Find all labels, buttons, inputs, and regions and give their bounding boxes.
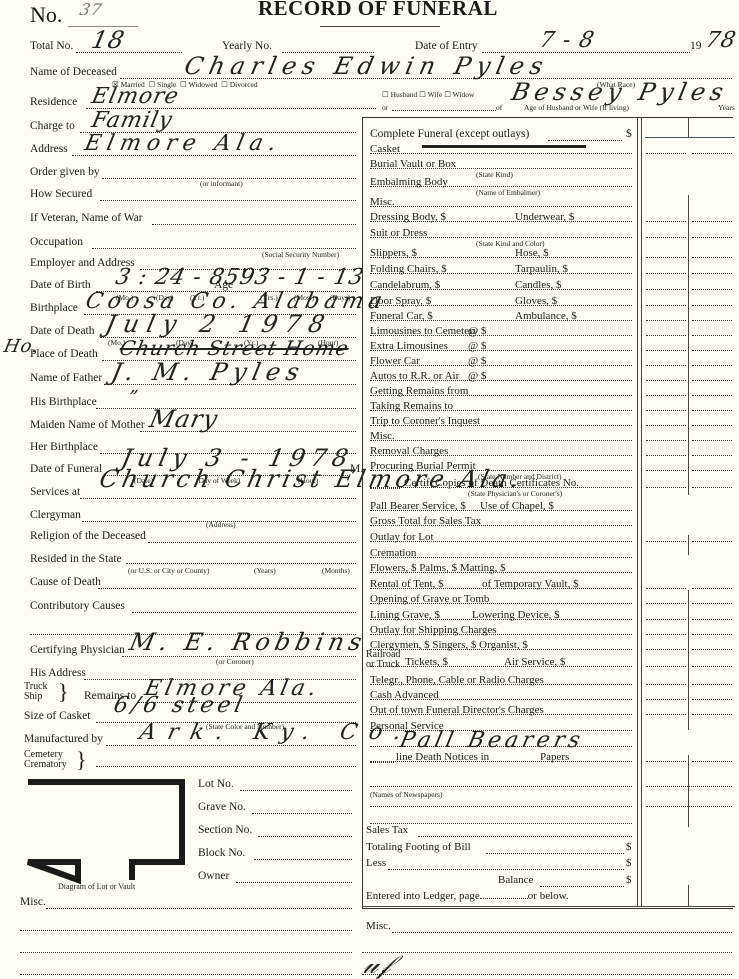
years-label: Years — [718, 103, 735, 112]
charge-item-secondary-label: Use of Chapel, $ — [480, 500, 554, 512]
charge-amount-dollars[interactable] — [646, 320, 686, 321]
charge-amount-cents[interactable] — [692, 380, 732, 381]
charge-item-secondary-label: Hose, $ — [515, 247, 549, 259]
charge-item-label: Certif. Copies of Death Certificates No. — [404, 477, 579, 489]
charge-item-secondary-label: Candles, $ — [515, 279, 561, 291]
charge-item-label: Procuring Burial Permit — [370, 460, 476, 472]
charge-item-label: Door Spray, $ — [370, 295, 431, 307]
charge-item-label: Slippers, $ — [370, 247, 417, 259]
charge-amount-cents[interactable] — [692, 410, 732, 411]
charge-item-label: Trip to Coroner's Inquest — [370, 415, 480, 427]
charge-amount-cents[interactable] — [692, 221, 732, 222]
charge-amount-dollars[interactable] — [646, 237, 686, 238]
section-no-label: Section No. — [198, 824, 252, 836]
right-misc-field[interactable] — [392, 932, 732, 933]
checkbox-wife[interactable]: ☐ — [419, 90, 427, 99]
contributory-causes-field[interactable] — [132, 612, 356, 613]
left-misc-field[interactable] — [46, 908, 352, 909]
charge-item-label: Gross Total for Sales Tax — [370, 515, 481, 527]
brace-icon: } — [58, 679, 69, 705]
charge-amount-dollars[interactable] — [646, 335, 686, 336]
mother-value: Mary — [147, 405, 221, 433]
checkbox-widow[interactable]: ☐ — [444, 90, 452, 99]
newspapers-line1[interactable] — [370, 786, 632, 787]
charge-amount-cents[interactable] — [692, 425, 732, 426]
services-at-label: Services at — [30, 486, 80, 498]
certifying-physician-value: M. E. Robbins — [127, 628, 369, 656]
certifying-physician-label: Certifying Physician — [30, 644, 125, 656]
charge-item-secondary-label: @ $ — [468, 325, 486, 337]
block-no-label: Block No. — [198, 847, 245, 859]
complete-funeral-dollar: $ — [626, 128, 632, 140]
cemetery-field[interactable] — [96, 766, 356, 767]
right-misc-label: Misc. — [366, 920, 391, 932]
charge-item-label: Opening of Grave or Tomb — [370, 593, 489, 605]
charge-item-label: Funeral Car, $ — [370, 310, 433, 322]
charge-item-note: (Name of Embalmer) — [476, 188, 540, 197]
charge-item-secondary-label: @ $ — [468, 340, 486, 352]
religion-label: Religion of the Deceased — [30, 530, 146, 542]
date-of-entry-label: Date of Entry — [415, 40, 478, 52]
charge-amount-cents[interactable] — [692, 684, 732, 685]
charge-amount-dollars[interactable] — [646, 714, 686, 715]
charge-amount-dollars[interactable] — [646, 761, 686, 762]
record-number-value: 37 — [78, 0, 104, 19]
veteran-field[interactable] — [152, 224, 356, 225]
occupation-label: Occupation — [30, 236, 83, 248]
charge-item-secondary-label: of Temporary Vault, $ — [482, 578, 579, 590]
total-no-value: 18 — [89, 26, 127, 54]
date-of-birth-label: Date of Birth — [30, 279, 91, 291]
charge-amount-dollars[interactable] — [646, 257, 686, 258]
charge-item-label: Burial Vault or Box — [370, 158, 456, 170]
charge-item-label: Autos to R.R. or Air — [370, 370, 459, 382]
clergyman-label: Clergyman — [30, 509, 81, 521]
charge-item-label: Telegr., Phone, Cable or Radio Charges — [370, 674, 544, 686]
newspapers-line2[interactable] — [370, 806, 632, 807]
charge-amount-dollars[interactable] — [646, 634, 686, 635]
left-misc-label: Misc. — [20, 896, 46, 908]
charge-amount-dollars[interactable] — [646, 699, 686, 700]
charge-amount-cents[interactable] — [692, 335, 732, 336]
charge-to-label: Charge to — [30, 120, 75, 132]
charge-to-value: Family — [89, 108, 175, 133]
spouse-options: ☐ Husband ☐ Wife ☐ Widow — [382, 90, 474, 99]
charge-amount-cents[interactable] — [692, 603, 732, 604]
how-secured-label: How Secured — [30, 188, 92, 200]
residence-value: Elmore — [89, 84, 181, 109]
his-address-label: His Address — [30, 667, 86, 679]
checkbox-husband[interactable]: ☐ — [382, 90, 391, 99]
lot-diagram-icon — [22, 776, 188, 886]
cause-of-death-label: Cause of Death — [30, 576, 101, 588]
checkbox-divorced[interactable]: ☐ — [221, 80, 230, 89]
owner-label: Owner — [198, 870, 229, 882]
newspapers-amount-1[interactable] — [646, 786, 732, 787]
charge-amount-cents[interactable] — [692, 714, 732, 715]
her-birthplace-label: Her Birthplace — [30, 441, 98, 453]
title-underline — [320, 26, 440, 27]
birthplace-label: Birthplace — [30, 302, 78, 314]
charge-item-label: Flower Car — [370, 355, 420, 367]
less-dollar: $ — [626, 857, 632, 869]
veteran-label: If Veteran, Name of War — [30, 212, 143, 224]
charge-amount-cents[interactable] — [692, 257, 732, 258]
charge-item-label: Tickets, $ — [405, 656, 448, 668]
block-no-field[interactable] — [254, 859, 352, 860]
charge-item-secondary-label: Underwear, $ — [515, 211, 574, 223]
charge-amount-cents[interactable] — [692, 470, 732, 471]
charges-box-bottom — [362, 906, 735, 907]
age-value: 93 - 1 - 13 — [237, 265, 366, 290]
page-title: RECORD OF FUNERAL — [258, 0, 498, 21]
cents-column-divider — [688, 590, 689, 730]
charge-amount-cents[interactable] — [692, 289, 732, 290]
age-spouse-label: Age of Husband or Wife (If living) — [524, 103, 629, 112]
charge-item-label: Taking Remains to — [370, 400, 453, 412]
year-prefix: 19 — [690, 40, 702, 52]
right-misc-line2[interactable] — [362, 952, 732, 953]
resided-location-note: (or U.S. or City or County) — [128, 566, 209, 575]
newspapers-amount-2[interactable] — [646, 806, 732, 807]
charge-item-label: Casket — [370, 143, 400, 155]
cents-column-divider-top — [688, 117, 689, 137]
name-of-deceased-value: Charles Edwin Pyles — [182, 52, 551, 80]
lot-no-label: Lot No. — [198, 778, 234, 790]
charge-item-label: Folding Chairs, $ — [370, 263, 447, 275]
personal-service-value: Pall Bearers — [397, 728, 586, 753]
charge-amount-dollars[interactable] — [646, 350, 686, 351]
charge-amount-cents[interactable] — [692, 440, 732, 441]
his-birthplace-field[interactable] — [96, 408, 356, 409]
or-label: or — [382, 103, 388, 112]
services-at-field[interactable] — [80, 498, 356, 499]
certif-copies-count-field[interactable] — [370, 488, 400, 489]
casket-size-label: Size of Casket — [24, 710, 90, 722]
charge-amount-dollars[interactable] — [646, 221, 686, 222]
lot-no-field[interactable] — [240, 790, 352, 791]
spouse-or-field[interactable] — [392, 110, 496, 111]
charge-amount-dollars[interactable] — [646, 395, 686, 396]
complete-funeral-label: Complete Funeral (except outlays) — [370, 128, 529, 140]
charge-amount-dollars[interactable] — [646, 440, 686, 441]
left-misc-line4[interactable] — [20, 974, 352, 975]
resided-years-note: (Years) — [254, 566, 276, 575]
charge-amount-cents[interactable] — [692, 634, 732, 635]
left-misc-line3[interactable] — [20, 952, 352, 953]
address-label: Address — [30, 143, 68, 155]
date-of-funeral-label: Date of Funeral — [30, 463, 102, 475]
charge-item-label: Limousines to Cemetery — [370, 325, 478, 337]
charge-amount-dollars[interactable] — [646, 666, 686, 667]
charge-amount-dollars[interactable] — [646, 588, 686, 589]
charge-amount-dollars[interactable] — [646, 455, 686, 456]
his-birthplace-label: His Birthplace — [30, 396, 97, 408]
owner-field[interactable] — [236, 882, 352, 883]
section-no-field[interactable] — [258, 836, 352, 837]
charge-item-label: Flowers, $ Palms, $ Matting, $ — [370, 562, 506, 574]
spouse-value: Bessey Pyles — [509, 78, 731, 106]
name-of-deceased-label: Name of Deceased — [30, 66, 117, 78]
totaling-footing-label: Totaling Footing of Bill — [366, 841, 471, 853]
balance-field[interactable] — [540, 886, 624, 887]
left-misc-line2[interactable] — [20, 930, 352, 931]
amount-header-line — [645, 137, 735, 138]
charge-item-secondary-label: Air Service, $ — [504, 656, 565, 668]
order-given-by-label: Order given by — [30, 166, 100, 178]
charge-item-secondary-label: Tarpaulin, $ — [515, 263, 568, 275]
grave-no-label: Grave No. — [198, 801, 246, 813]
charge-item-label: Candelabrum, $ — [370, 279, 440, 291]
charge-item-label: Outlay for Lot — [370, 531, 434, 543]
place-of-death-value: Church Street Home — [117, 336, 351, 360]
charge-amount-cents[interactable] — [692, 541, 732, 542]
sales-tax-label: Sales Tax — [366, 824, 408, 836]
lot-diagram-caption: Diagram of Lot or Vault — [58, 882, 135, 891]
charge-item-label: Misc. — [370, 430, 395, 442]
charge-amount-cents[interactable] — [692, 350, 732, 351]
balance-label: Balance — [498, 874, 533, 886]
charge-item-label: Misc. — [370, 196, 395, 208]
cause-of-death-field[interactable] — [98, 588, 356, 589]
charge-amount-dollars[interactable] — [646, 153, 686, 154]
charge-item-label: Suit or Dress — [370, 227, 427, 239]
charge-amount-cents[interactable] — [692, 320, 732, 321]
charge-amount-cents[interactable] — [692, 153, 732, 154]
ssn-note: (Social Security Number) — [262, 250, 339, 259]
charge-item-label: Cash Advanced — [370, 689, 439, 701]
charge-item-label: Rental of Tent, $ — [370, 578, 444, 590]
cents-column-divider — [688, 755, 689, 827]
occupation-field[interactable] — [92, 248, 356, 249]
father-value: J. M. Pyles — [109, 358, 308, 386]
charge-amount-cents[interactable] — [692, 395, 732, 396]
charge-amount-dollars[interactable] — [646, 380, 686, 381]
cents-column-divider — [688, 885, 689, 907]
charge-item-label: Outlay for Shipping Charges — [370, 624, 497, 636]
complete-funeral-underline — [422, 145, 586, 148]
total-no-label: Total No. — [30, 40, 73, 52]
charge-item-label: Lining Grave, $ — [370, 609, 440, 621]
newspapers-note: (Names of Newspapers) — [370, 790, 442, 799]
charge-amount-dollars[interactable] — [646, 425, 686, 426]
brace-icon: } — [76, 747, 87, 773]
amount-column-divider — [637, 117, 638, 907]
newspapers-line3[interactable] — [370, 823, 632, 824]
charge-item-label: Dressing Body, $ — [370, 211, 446, 223]
amount-column-divider-double — [641, 117, 642, 907]
charge-item-label: Pall Bearer Service, $ — [370, 500, 466, 512]
charge-item-secondary-label: Lowering Device, $ — [472, 609, 560, 621]
totaling-footing-field[interactable] — [486, 853, 624, 854]
of-label: of — [496, 103, 502, 112]
manufactured-by-field[interactable] — [106, 745, 356, 746]
charge-item-label: Out of town Funeral Director's Charges — [370, 704, 544, 716]
charge-amount-cents[interactable] — [692, 273, 732, 274]
or-informant-note: (or informant) — [200, 179, 243, 188]
sales-tax-field[interactable] — [418, 836, 632, 837]
cemetery-crematory-label: CemeteryCrematory — [24, 750, 67, 770]
resided-months-note: (Months) — [322, 566, 350, 575]
charge-item-label: Embalming Body — [370, 176, 448, 188]
charge-amount-dollars[interactable] — [646, 619, 686, 620]
coroner-note: (or Coroner) — [216, 657, 254, 666]
contributory-causes-label: Contributory Causes — [30, 600, 125, 612]
charge-item-label: Cremation — [370, 547, 416, 559]
address-value: Elmore Ala. — [82, 131, 284, 156]
charge-amount-cents[interactable] — [692, 588, 732, 589]
yearly-no-label: Yearly No. — [222, 40, 272, 52]
charge-amount-cents[interactable] — [692, 666, 732, 667]
how-secured-field[interactable] — [100, 200, 356, 201]
less-field[interactable] — [388, 869, 624, 870]
resided-field[interactable] — [126, 563, 356, 564]
charge-amount-cents[interactable] — [692, 649, 732, 650]
charge-amount-cents[interactable] — [692, 365, 732, 366]
charge-amount-dollars[interactable] — [646, 365, 686, 366]
charge-amount-dollars[interactable] — [646, 289, 686, 290]
charge-amount-cents[interactable] — [692, 305, 732, 306]
balance-dollar: $ — [626, 874, 632, 886]
truck-ship-label: TruckShip — [24, 682, 48, 702]
his-birthplace-value: ” — [126, 387, 141, 408]
charge-amount-cents[interactable] — [692, 761, 732, 762]
charge-amount-cents[interactable] — [692, 487, 732, 488]
charge-amount-dollars[interactable] — [646, 470, 686, 471]
right-misc-line3[interactable] — [362, 974, 732, 975]
charge-amount-dollars[interactable] — [646, 410, 686, 411]
charge-item-label: Getting Remains from — [370, 385, 468, 397]
year-value: 78 — [703, 28, 738, 53]
charge-amount-dollars[interactable] — [646, 305, 686, 306]
cents-column-divider — [688, 535, 689, 555]
charge-amount-dollars[interactable] — [646, 541, 686, 542]
charge-amount-cents[interactable] — [692, 237, 732, 238]
charge-item-secondary-label: @ $ — [468, 370, 486, 382]
manufactured-by-label: Manufactured by — [24, 733, 103, 745]
father-label: Name of Father — [30, 372, 102, 384]
charge-item-note: (State Physician's or Coroner's) — [468, 489, 562, 498]
residence-label: Residence — [30, 96, 77, 108]
place-of-death-label: Place of Death — [30, 348, 98, 360]
charge-amount-cents[interactable] — [692, 455, 732, 456]
ledger-label: Entered into Ledger, pageor below. — [366, 890, 569, 902]
charge-item-note: (State Kind) — [476, 170, 513, 179]
charge-amount-dollars[interactable] — [646, 273, 686, 274]
charge-item-secondary-label: @ $ — [468, 355, 486, 367]
casket-size-value: 6/6 steel — [111, 693, 248, 718]
charge-amount-dollars[interactable] — [646, 603, 686, 604]
totaling-dollar: $ — [626, 841, 632, 853]
charge-item-label: Removal Charges — [370, 445, 448, 457]
religion-field[interactable] — [148, 542, 356, 543]
date-of-entry-value: 7 - 8 — [537, 28, 597, 53]
charge-amount-dollars[interactable] — [646, 649, 686, 650]
charge-amount-dollars[interactable] — [646, 487, 686, 488]
clergyman-address-note: (Address) — [206, 520, 236, 529]
charge-item-label: Extra Limousines — [370, 340, 448, 352]
resided-label: Resided in the State — [30, 553, 122, 565]
death-notices-count-field[interactable] — [370, 762, 394, 763]
grave-no-field[interactable] — [252, 813, 352, 814]
charge-item-secondary-label: Ambulance, $ — [515, 310, 577, 322]
charge-amount-cents[interactable] — [692, 699, 732, 700]
less-label: Less — [366, 857, 386, 869]
charge-item-secondary-label: Gloves, $ — [515, 295, 557, 307]
date-of-death-value: July 2 1978 — [103, 310, 335, 338]
railroad-truck-label: Railroador Truck — [366, 650, 400, 670]
cents-column-divider — [688, 195, 689, 495]
charge-amount-cents[interactable] — [692, 619, 732, 620]
charge-amount-dollars[interactable] — [646, 684, 686, 685]
complete-funeral-field[interactable] — [548, 140, 622, 141]
record-number-label: No. — [30, 2, 62, 28]
mother-label: Maiden Name of Mother — [30, 419, 145, 431]
